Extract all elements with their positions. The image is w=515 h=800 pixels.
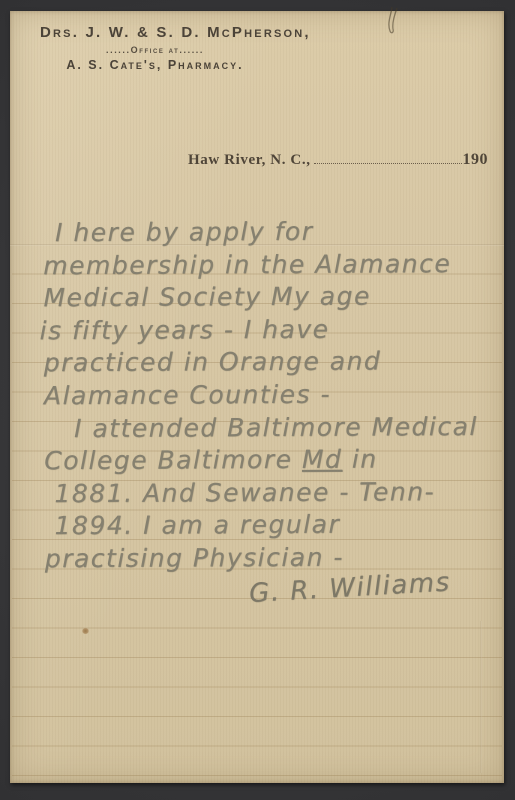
handwriting-segment: College Baltimore (44, 445, 302, 475)
handwriting-line: 1894. I am a regular (55, 508, 511, 543)
stain-spot (82, 628, 89, 634)
handwritten-body: I here by apply for membership in the Al… (39, 215, 511, 605)
handwriting-segment: in (342, 445, 377, 474)
handwriting-line: Alamance Counties - (44, 378, 510, 413)
handwriting-underlined-md: Md (302, 445, 343, 474)
handwriting-line: practiced in Orange and (44, 345, 510, 380)
paper-sheet: Drs. J. W. & S. D. McPherson, ......Offi… (10, 11, 504, 783)
dateline-place: Haw River, N. C., (188, 152, 311, 169)
handwriting-line: I here by apply for (55, 215, 509, 250)
letterhead-doctors-name: Drs. J. W. & S. D. McPherson, (40, 24, 270, 41)
dateline-dotted-rule (314, 162, 462, 164)
handwriting-line: College Baltimore Md in (44, 443, 510, 478)
handwriting-line: Medical Society My age (43, 280, 509, 315)
handwriting-line: membership in the Alamance (43, 247, 509, 282)
scanned-letter: Drs. J. W. & S. D. McPherson, ......Offi… (0, 0, 515, 800)
dateline-year-prefix: 190 (463, 151, 489, 169)
tear-mark (378, 7, 418, 43)
handwriting-line: 1881. And Sewanee - Tenn- (54, 476, 510, 511)
dateline: Haw River, N. C., 190 (188, 151, 488, 169)
letterhead-office-at: ......Office at...... (40, 45, 270, 55)
letterhead: Drs. J. W. & S. D. McPherson, ......Offi… (40, 24, 270, 72)
vertical-crease (480, 621, 482, 773)
handwriting-line: is fifty years - I have (40, 313, 510, 348)
letterhead-pharmacy: A. S. Cate's, Pharmacy. (40, 58, 270, 72)
handwriting-line: I attended Baltimore Medical (74, 410, 510, 445)
